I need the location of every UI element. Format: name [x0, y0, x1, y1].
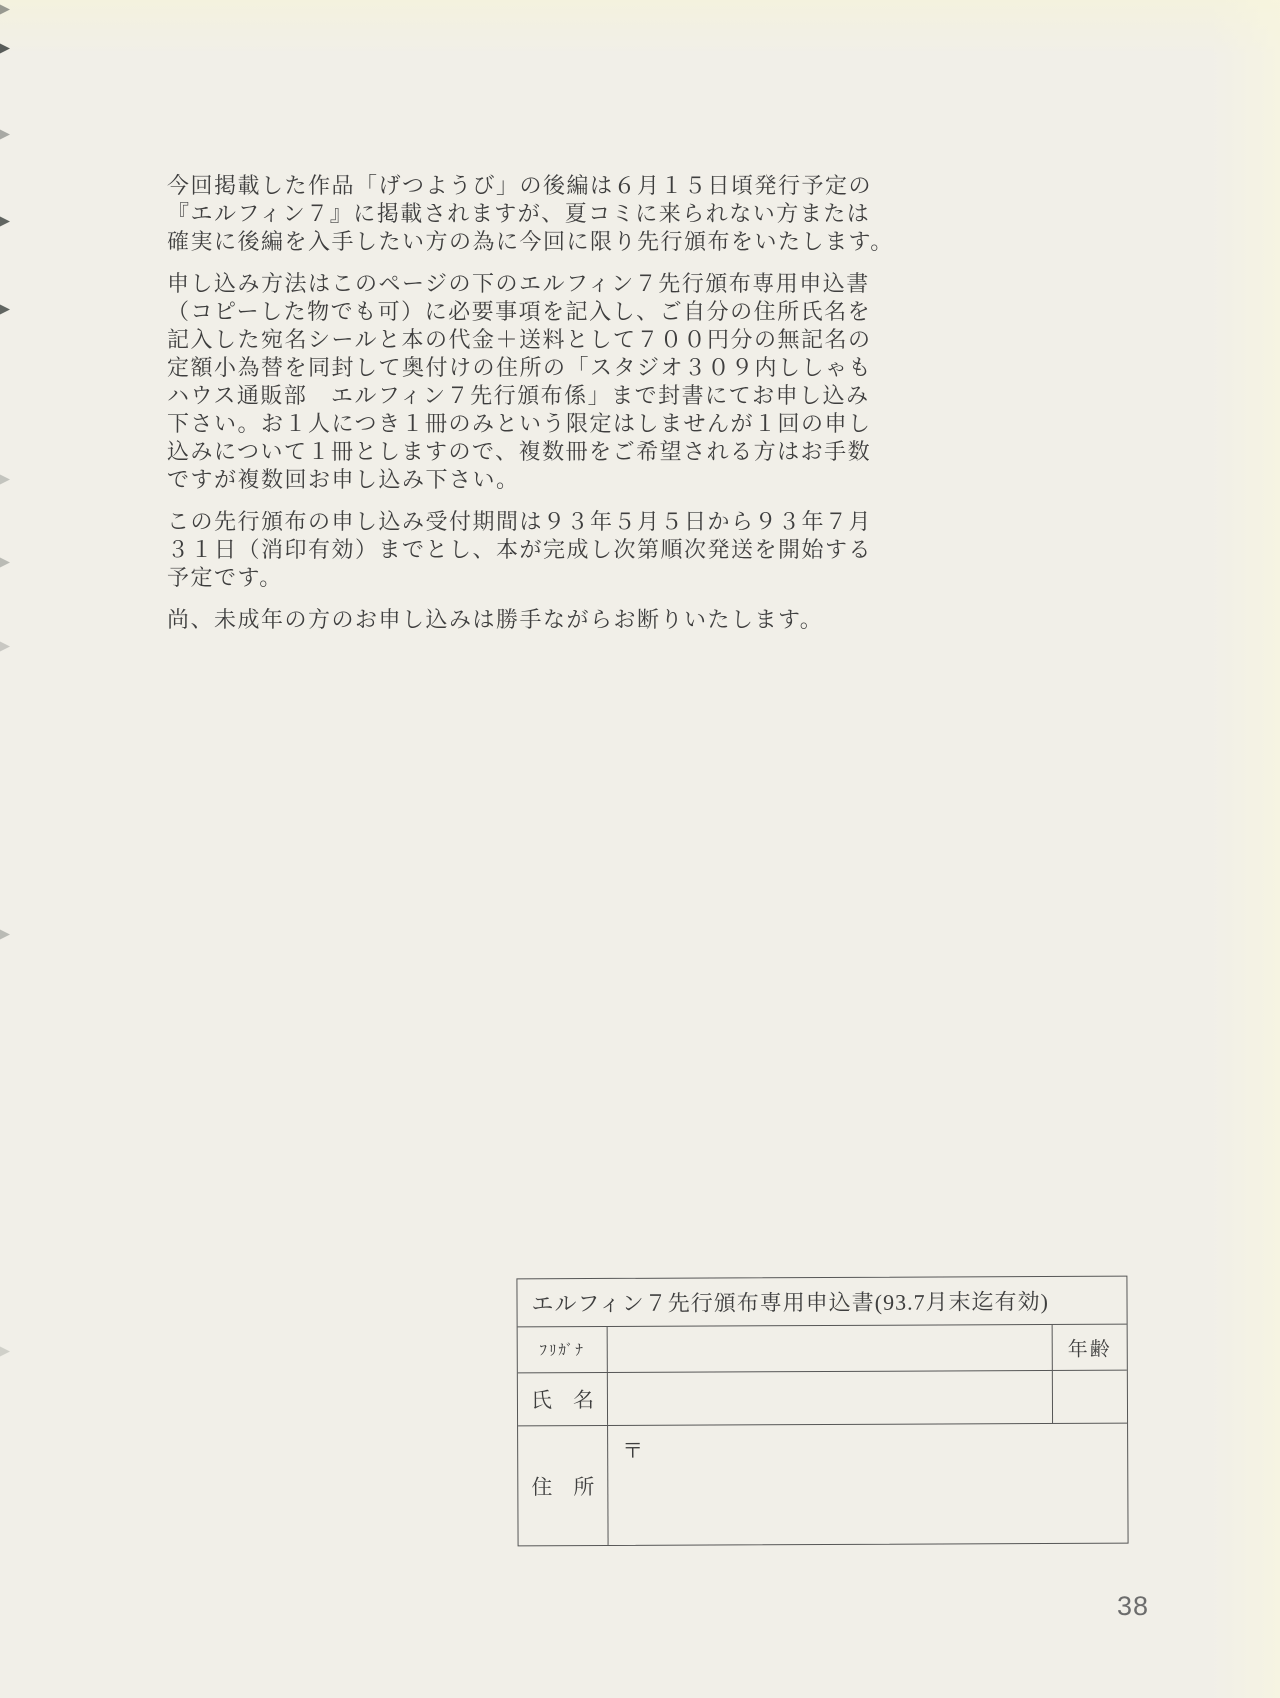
text-line: （コピーした物でも可）に必要事項を記入し、ご自分の住所氏名を	[167, 298, 897, 326]
address-label: 住 所	[531, 1470, 594, 1500]
form-furigana-row: ﾌﾘｶﾞﾅ 年齢	[518, 1325, 1127, 1374]
scan-artifact-mark	[0, 215, 10, 228]
scan-artifact-mark	[0, 640, 10, 653]
scan-artifact-mark	[0, 928, 10, 941]
furigana-label: ﾌﾘｶﾞﾅ	[539, 1339, 585, 1360]
postal-mark: 〒	[608, 1426, 643, 1465]
scan-artifact-mark	[0, 3, 10, 16]
scan-artifact-mark	[0, 303, 10, 316]
scan-artifact-mark	[0, 556, 10, 569]
form-address-row: 住 所 〒	[518, 1424, 1128, 1546]
scan-artifact-mark	[0, 473, 10, 486]
furigana-label-cell: ﾌﾘｶﾞﾅ	[518, 1327, 608, 1372]
paragraph-period: この先行頒布の申し込み受付期間は９３年５月５日から９３年７月 ３１日（消印有効）…	[167, 508, 897, 592]
address-input-cell: 〒	[608, 1424, 1128, 1545]
order-form-table: エルフィン７先行頒布専用申込書(93.7月末迄有効) ﾌﾘｶﾞﾅ 年齢 氏 名	[516, 1276, 1128, 1547]
address-label-cell: 住 所	[518, 1426, 609, 1545]
name-label: 氏 名	[531, 1384, 594, 1414]
age-label-cell: 年齢	[1053, 1325, 1127, 1370]
text-line: 込みについて１冊としますので、複数冊をご希望される方はお手数	[167, 438, 897, 466]
name-input-cell	[608, 1371, 1053, 1425]
paragraph-minors-notice: 尚、未成年の方のお申し込みは勝手ながらお断りいたします。	[167, 606, 897, 634]
text-line: ですが複数回お申し込み下さい。	[167, 466, 897, 494]
text-line: 定額小為替を同封して奥付けの住所の「スタジオ３０９内ししゃも	[167, 354, 897, 382]
text-line: 『エルフィン７』に掲載されますが、夏コミに来られない方または	[167, 200, 897, 228]
scan-artifact-mark	[0, 42, 10, 55]
text-line: 今回掲載した作品「げつようび」の後編は６月１５日頃発行予定の	[167, 172, 897, 200]
form-title-row: エルフィン７先行頒布専用申込書(93.7月末迄有効)	[517, 1277, 1126, 1328]
name-label-cell: 氏 名	[518, 1373, 608, 1425]
body-text: 今回掲載した作品「げつようび」の後編は６月１５日頃発行予定の 『エルフィン７』に…	[167, 172, 897, 648]
furigana-input-cell	[608, 1325, 1053, 1372]
text-line: ３１日（消印有効）までとし、本が完成し次第順次発送を開始する	[167, 536, 897, 564]
paragraph-intro: 今回掲載した作品「げつようび」の後編は６月１５日頃発行予定の 『エルフィン７』に…	[167, 172, 897, 256]
age-input-cell	[1053, 1371, 1127, 1423]
text-line: 尚、未成年の方のお申し込みは勝手ながらお断りいたします。	[167, 606, 897, 634]
text-line: 予定です。	[167, 564, 897, 592]
paragraph-how-to-order: 申し込み方法はこのページの下のエルフィン７先行頒布専用申込書 （コピーした物でも…	[167, 270, 897, 494]
text-line: 記入した宛名シールと本の代金＋送料として７００円分の無記名の	[167, 326, 897, 354]
scan-artifact-mark	[0, 1345, 10, 1358]
page-number: 38	[1117, 1591, 1149, 1622]
text-line: 確実に後編を入手したい方の為に今回に限り先行頒布をいたします。	[167, 228, 897, 256]
form-title: エルフィン７先行頒布専用申込書(93.7月末迄有効)	[517, 1285, 1049, 1318]
text-line: この先行頒布の申し込み受付期間は９３年５月５日から９３年７月	[167, 508, 897, 536]
form-name-row: 氏 名	[518, 1371, 1127, 1427]
text-line: 申し込み方法はこのページの下のエルフィン７先行頒布専用申込書	[167, 270, 897, 298]
age-label: 年齢	[1068, 1333, 1112, 1362]
text-line: ハウス通販部 エルフィン７先行頒布係」まで封書にてお申し込み	[167, 382, 897, 410]
scanned-page: 今回掲載した作品「げつようび」の後編は６月１５日頃発行予定の 『エルフィン７』に…	[0, 0, 1280, 1698]
text-line: 下さい。お１人につき１冊のみという限定はしませんが１回の申し	[167, 410, 897, 438]
scan-artifact-mark	[0, 128, 10, 141]
